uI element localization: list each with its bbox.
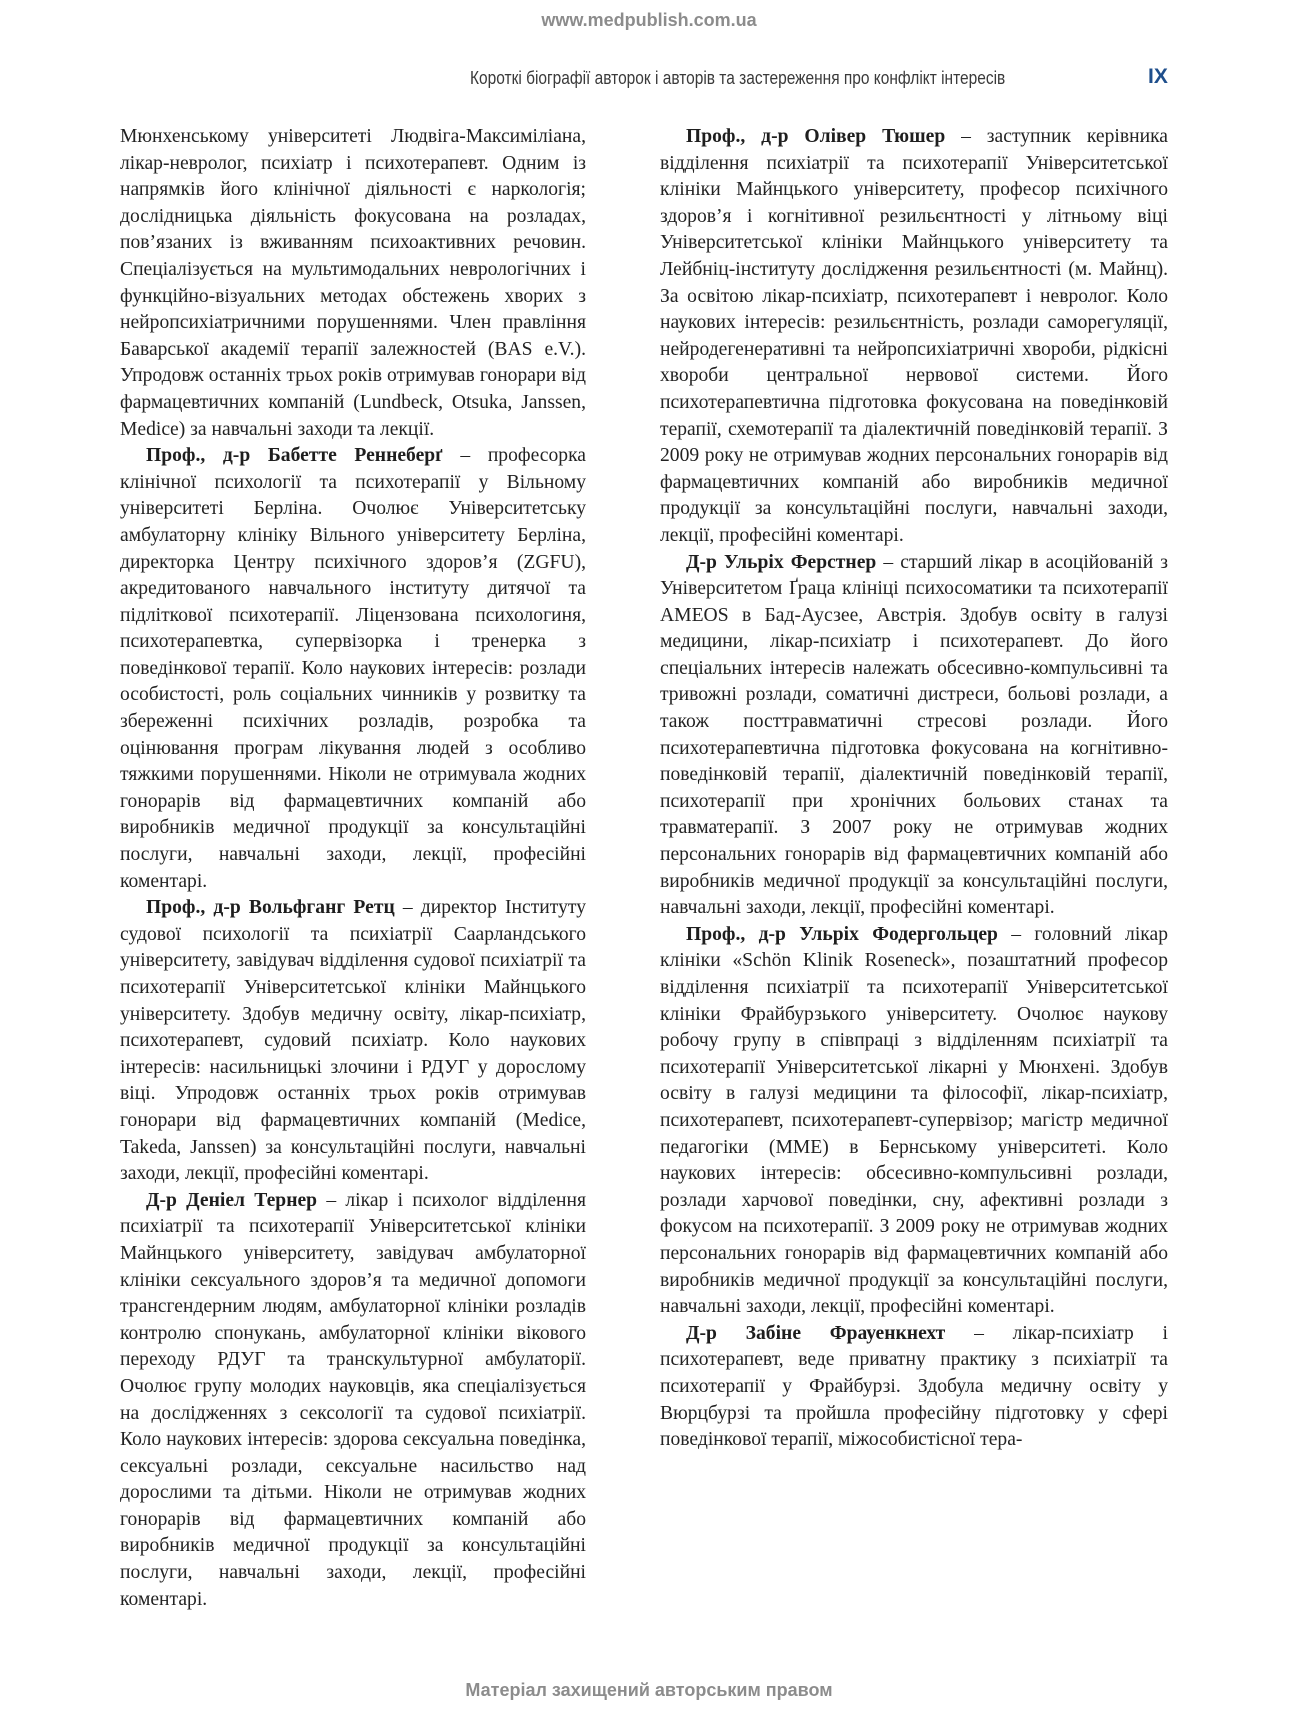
bio-text: – директор Інституту судової психології …	[120, 897, 586, 1184]
bio-paragraph-tuscher: Проф., д-р Олівер Тюшер – заступник кері…	[660, 124, 1168, 550]
page-number: IX	[1148, 65, 1168, 89]
bio-text: – старший лікар в асоційованій з Універс…	[660, 552, 1168, 919]
bio-text: – головний лікар клініки «Schön Klinik R…	[660, 924, 1168, 1317]
bio-text: Мюнхенському університеті Людвіга-Максим…	[120, 126, 586, 440]
bio-text: – лікар і психолог відділення психіатрії…	[120, 1190, 586, 1610]
author-name: Проф., д-р Ульріх Фодергольцер	[686, 924, 998, 945]
bio-paragraph-continued: Мюнхенському університеті Людвіга-Максим…	[120, 124, 586, 443]
author-name: Д-р Забіне Фрауенкнехт	[686, 1323, 945, 1344]
author-name: Проф., д-р Бабетте Реннеберґ	[146, 445, 443, 466]
bio-paragraph-retz: Проф., д-р Вольфганг Ретц – директор Інс…	[120, 895, 586, 1188]
bio-text: – професорка клінічної психології та пси…	[120, 445, 586, 892]
author-name: Проф., д-р Олівер Тюшер	[686, 126, 945, 147]
author-name: Д-р Деніел Тернер	[146, 1190, 317, 1211]
bio-paragraph-turner: Д-р Деніел Тернер – лікар і психолог від…	[120, 1188, 586, 1614]
copyright-watermark: Матеріал захищений авторським правом	[0, 1680, 1298, 1701]
author-name: Проф., д-р Вольфганг Ретц	[146, 897, 395, 918]
bio-paragraph-frauenknecht: Д-р Забіне Фрауенкнехт – лікар-психіатр …	[660, 1321, 1168, 1454]
author-name: Д-р Ульріх Ферстнер	[686, 552, 876, 573]
running-head: Короткі біографії авторок і авторів та з…	[470, 68, 1005, 89]
left-column: Мюнхенському університеті Людвіга-Максим…	[120, 124, 586, 1613]
right-column: Проф., д-р Олівер Тюшер – заступник кері…	[660, 124, 1168, 1454]
bio-paragraph-ferstner: Д-р Ульріх Ферстнер – старший лікар в ас…	[660, 550, 1168, 922]
bio-paragraph-renneberg: Проф., д-р Бабетте Реннеберґ – професорк…	[120, 443, 586, 895]
bio-paragraph-fodergoltser: Проф., д-р Ульріх Фодергольцер – головни…	[660, 922, 1168, 1321]
bio-text: – заступник керівника відділення психіат…	[660, 126, 1168, 546]
site-watermark: www.medpublish.com.ua	[0, 10, 1298, 31]
